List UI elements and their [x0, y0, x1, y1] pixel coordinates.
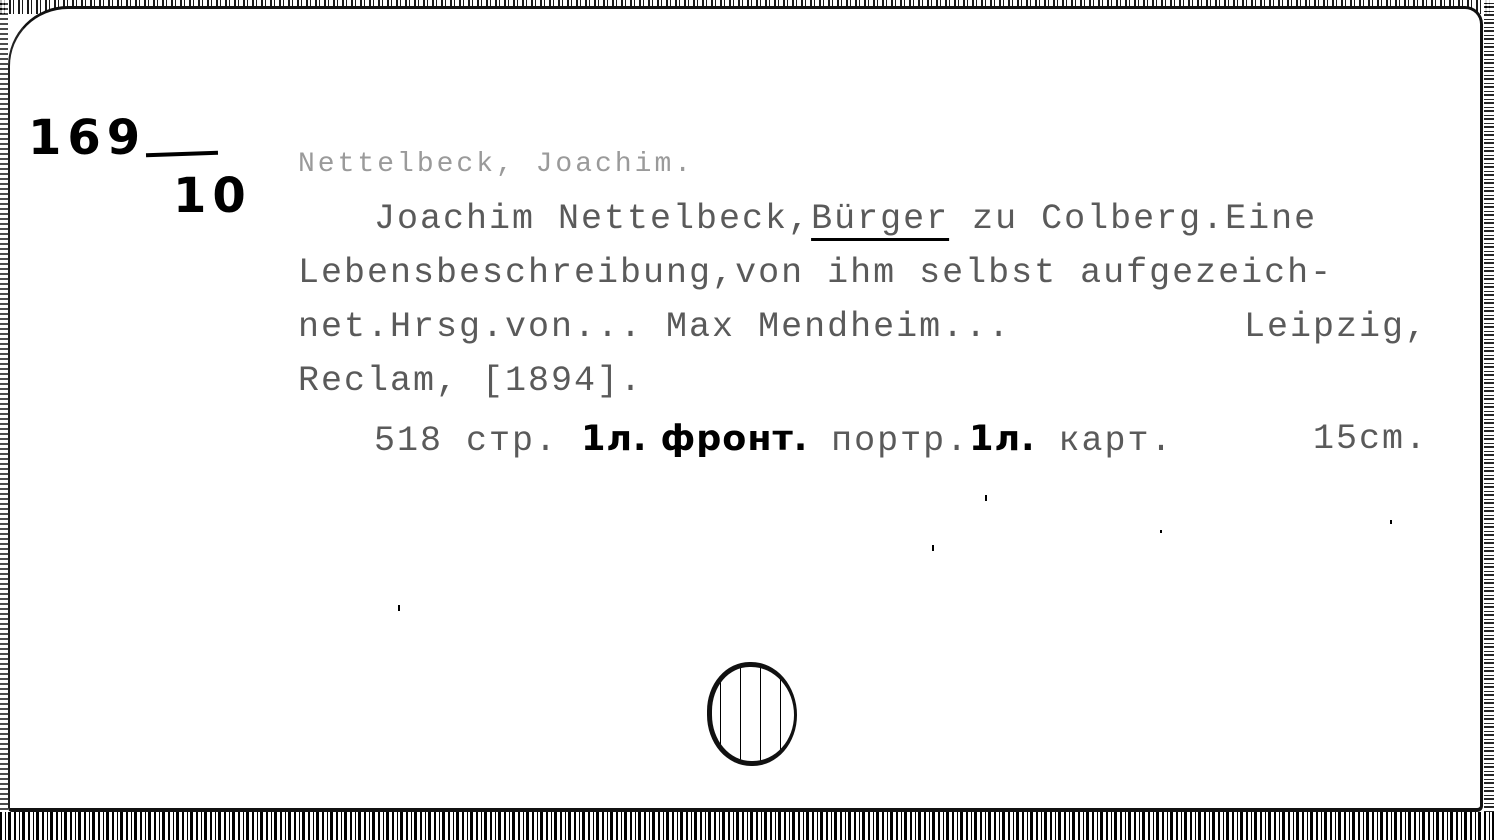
scan-speck: [1390, 520, 1392, 524]
scan-speck: [398, 605, 400, 611]
title-line-2: Lebensbeschreibung,von ihm selbst aufgez…: [298, 246, 1428, 300]
scan-edge-right: [1484, 0, 1494, 840]
editor-text: net.Hrsg.von... Max Mendheim...: [298, 307, 1011, 347]
page-count: 518: [374, 421, 443, 461]
collation-abbr: карт.: [1058, 421, 1173, 461]
author-heading: Nettelbeck, Joachim.: [298, 138, 1428, 192]
collation-abbr: портр.: [831, 421, 969, 461]
title-line-4: Reclam, [1894].: [298, 354, 1428, 408]
place-text: Leipzig,: [1244, 300, 1428, 354]
catalog-card-scan: 169 10 Nettelbeck, Joachim. Joachim Nett…: [0, 0, 1494, 840]
scan-speck: [1160, 530, 1162, 533]
scan-edge-bottom: [0, 812, 1494, 840]
scan-edge-left: [0, 0, 8, 840]
collation-line: 518 стр. 1л. фронт. портр.1л. карт.15cm.: [298, 412, 1428, 468]
collation-abbr: стр.: [466, 421, 558, 461]
punch-hole: [707, 662, 797, 766]
title-line-3: net.Hrsg.von... Max Mendheim...Leipzig,: [298, 300, 1428, 354]
scan-speck: [985, 495, 987, 501]
handwritten-annotation: 1л.: [969, 419, 1035, 459]
underlined-word: Bürger: [811, 199, 949, 239]
scan-speck: [932, 545, 934, 551]
handwritten-annotation: 1л. фронт.: [581, 419, 808, 459]
title-line-1: Joachim Nettelbeck,Bürger zu Colberg.Ein…: [298, 192, 1428, 246]
title-text: zu Colberg.Eine: [949, 199, 1317, 239]
size-text: 15cm.: [1313, 412, 1428, 466]
bibliographic-entry: Nettelbeck, Joachim. Joachim Nettelbeck,…: [298, 138, 1428, 468]
call-number-numerator: 169: [28, 110, 146, 166]
call-number-denominator: 10: [173, 168, 252, 224]
title-text: Joachim Nettelbeck,: [374, 199, 811, 239]
